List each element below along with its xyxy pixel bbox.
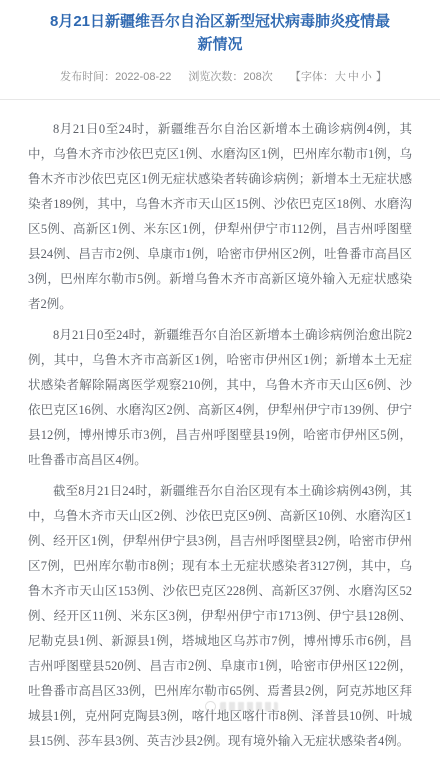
- font-size-small-button[interactable]: 小: [361, 71, 372, 83]
- paragraph-new-cases: 8月21日0至24时，新疆维吾尔自治区新增本土确诊病例4例，其中，乌鲁木齐市沙依…: [28, 117, 412, 317]
- font-size-large-button[interactable]: 大: [335, 71, 346, 83]
- font-size-label: 【字体：: [290, 71, 334, 83]
- article-body: 8月21日0至24时，新疆维吾尔自治区新增本土确诊病例4例，其中，乌鲁木齐市沙依…: [0, 100, 440, 754]
- font-size-control: 【字体：大中小 】: [290, 71, 387, 83]
- view-count: 浏览次数：208次: [188, 71, 272, 83]
- page-title: 8月21日新疆维吾尔自治区新型冠状病毒肺炎疫情最新情况: [48, 10, 393, 57]
- paragraph-current-cases: 截至8月21日24时，新疆维吾尔自治区现有本土确诊病例43例，其中，乌鲁木齐市天…: [28, 479, 412, 754]
- article-page: 8月21日新疆维吾尔自治区新型冠状病毒肺炎疫情最新情况 发布时间：2022-08…: [0, 0, 440, 760]
- font-size-medium-button[interactable]: 中: [348, 71, 359, 83]
- article-meta: 发布时间：2022-08-22 浏览次数：208次 【字体：大中小 】: [0, 70, 440, 84]
- publish-date: 发布时间：2022-08-22: [60, 71, 171, 83]
- paragraph-recovered-cases: 8月21日0至24时，新疆维吾尔自治区新增本土确诊病例治愈出院2例，其中，乌鲁木…: [28, 323, 412, 473]
- font-size-label-suffix: 】: [376, 71, 387, 83]
